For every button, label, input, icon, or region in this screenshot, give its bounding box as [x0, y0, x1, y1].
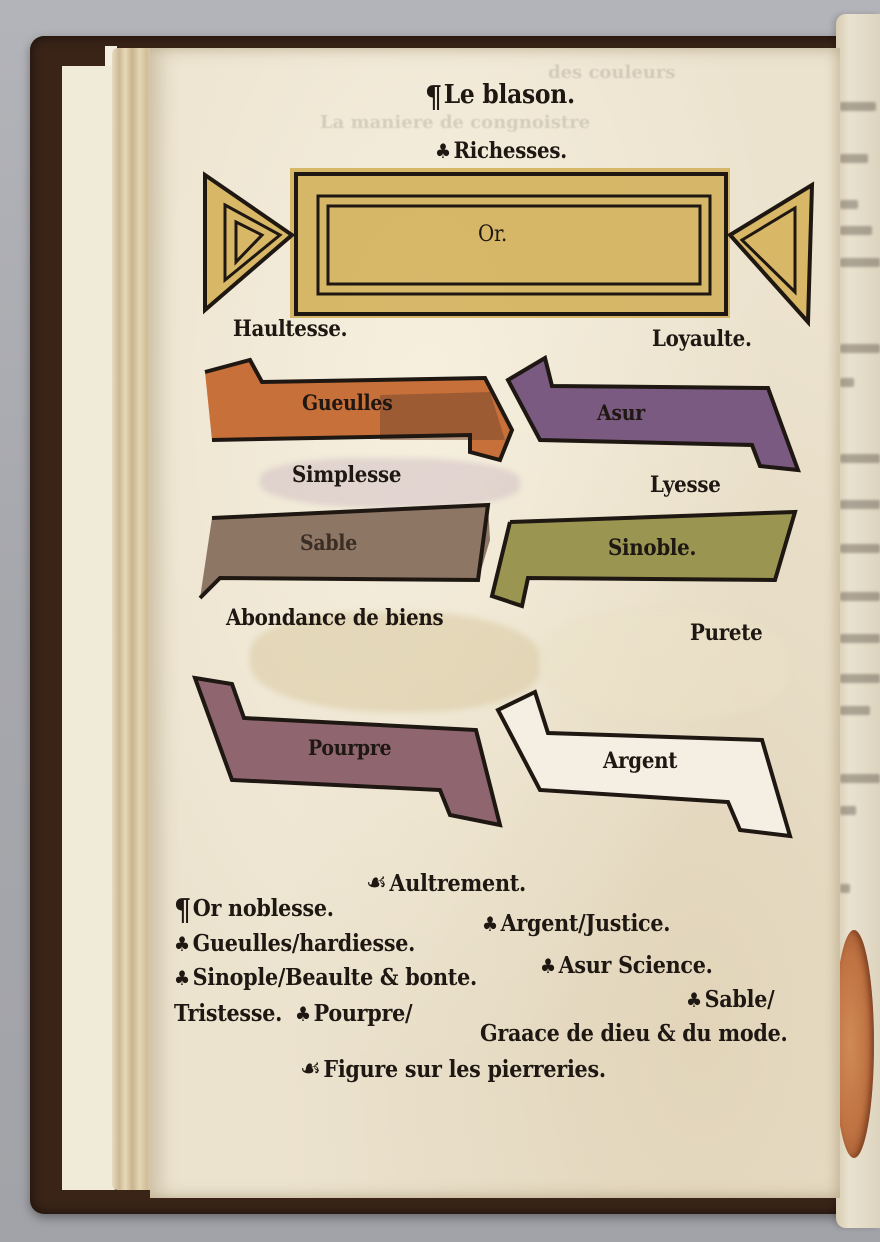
footer-line-sinople: ♣Sinople/Beaulte & bonte. — [174, 964, 477, 991]
footer-text: Gueulles/hardiesse. — [193, 930, 415, 957]
footer-line-sable: ♣Sable/ — [686, 986, 774, 1013]
footer-line-asur: ♣Asur Science. — [540, 952, 713, 979]
fleuron-icon: ♣ — [174, 932, 190, 956]
heading-text: Le blason. — [444, 80, 575, 110]
autrement-line: ☙Aultrement. — [366, 868, 526, 898]
virtue-haultesse: Haultesse. — [233, 316, 347, 342]
fleuron-icon: ♣ — [174, 966, 190, 990]
subheading-text: Richesses. — [454, 138, 567, 164]
virtue-abondance: Abondance de biens — [226, 605, 443, 631]
banner-label-or: Or. — [478, 222, 507, 247]
banner-asur — [508, 358, 798, 470]
fleuron-icon: ♣ — [540, 954, 556, 978]
pilcrow-icon: ¶ — [425, 83, 442, 113]
banner-label-asur: Asur — [597, 400, 645, 425]
hand-fleuron-icon: ☙ — [366, 868, 387, 898]
footer-line-tristesse: Tristesse. — [174, 1000, 282, 1027]
footer-text: Argent/Justice. — [501, 910, 671, 937]
footer-text: Figure sur les pierreries. — [323, 1056, 605, 1083]
virtue-lyesse: Lyesse — [650, 472, 721, 498]
banner-label-gueulles: Gueulles — [302, 390, 393, 415]
footer-line-gueulles: ♣Gueulles/hardiesse. — [174, 930, 415, 957]
virtue-loyaulte: Loyaulte. — [652, 326, 752, 352]
banner-label-pourpre: Pourpre — [308, 735, 391, 760]
virtue-purete: Purete — [690, 620, 762, 646]
fleuron-icon: ♣ — [295, 1002, 311, 1026]
banner-label-sinoble: Sinoble. — [608, 535, 696, 561]
fleuron-icon: ♣ — [482, 912, 498, 936]
banner-label-sable: Sable — [300, 530, 357, 555]
footer-text: Graace de dieu & du mode. — [480, 1020, 787, 1047]
footer-line-grace: Graace de dieu & du mode. — [480, 1020, 787, 1047]
page-subheading: ♣Richesses. — [435, 138, 567, 164]
autrement-text: Aultrement. — [389, 870, 526, 897]
footer-text: Pourpre/ — [314, 1000, 413, 1027]
footer-line-or: ¶Or noblesse. — [174, 895, 334, 926]
virtue-simplesse: Simplesse — [292, 462, 401, 488]
footer-line-argent: ♣Argent/Justice. — [482, 910, 670, 937]
fleuron-icon: ♣ — [686, 988, 702, 1012]
fleuron-icon: ♣ — [435, 139, 451, 163]
footer-text: Sable/ — [705, 986, 775, 1013]
page-heading: ¶Le blason. — [425, 80, 575, 113]
footer-text: Sinople/Beaulte & bonte. — [193, 964, 477, 991]
footer-line-figure: ☙Figure sur les pierreries. — [300, 1054, 606, 1084]
banner-or — [205, 168, 812, 322]
hand-fleuron-icon: ☙ — [300, 1054, 321, 1084]
footer-text: Asur Science. — [559, 952, 713, 979]
pilcrow-icon: ¶ — [174, 896, 191, 926]
footer-line-pourpre: ♣Pourpre/ — [295, 1000, 412, 1027]
footer-text: Tristesse. — [174, 1000, 282, 1027]
banner-label-argent: Argent — [603, 748, 677, 774]
footer-text: Or noblesse. — [193, 895, 334, 922]
